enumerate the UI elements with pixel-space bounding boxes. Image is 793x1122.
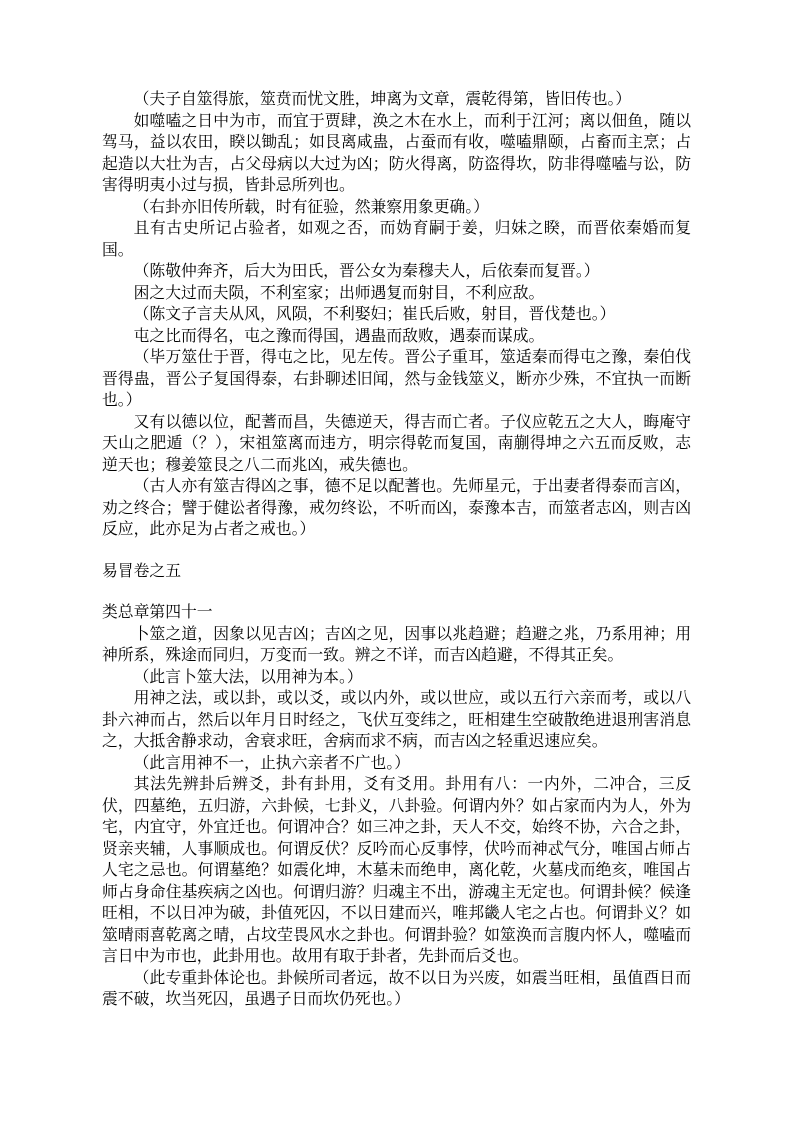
blank-line	[102, 582, 691, 602]
paragraph: 困之大过而夫陨，不利室家；出师遇复而射目，不利应敌。	[102, 283, 691, 305]
paragraph: 卜筮之道，因象以见吉凶；吉凶之见，因事以兆趋避；趋避之兆，乃系用神；用神所系，殊…	[102, 624, 691, 667]
volume-heading: 易冒卷之五	[102, 561, 691, 583]
commentary-paragraph: （此专重卦体论也。卦候所司者远，故不以日为兴废，如震当旺相，虽值酉日而震不破，坎…	[102, 968, 691, 1011]
paragraph: 又有以德以位，配蓍而昌，失德逆天，得吉而亡者。子仪应乾五之大人，晦庵守天山之肥遁…	[102, 412, 691, 477]
paragraph: 如噬嗑之日中为市，而宜于贾肆，涣之木在水上，而利于江河；离以佃鱼，随以驾马，益以…	[102, 111, 691, 197]
paragraph: 且有古史所记占验者，如观之否，而妫育嗣于姜，归妹之睽，而晋依秦婚而复国。	[102, 218, 691, 261]
commentary-paragraph: （此言卜筮大法，以用神为本。）	[102, 667, 691, 689]
paragraph: 用神之法，或以卦，或以爻，或以内外，或以世应，或以五行六亲而考，或以八卦六神而占…	[102, 688, 691, 753]
commentary-paragraph: （陈文子言夫从风，风陨，不利娶妇；崔氏后败，射目，晋伐楚也。）	[102, 304, 691, 326]
paragraph: 屯之比而得名，屯之豫而得国，遇蛊而敌败，遇泰而谋成。	[102, 326, 691, 348]
document-body: （夫子自筮得旅，筮贲而忧文胜，坤离为文章，震乾得第，皆旧传也。）如噬嗑之日中为市…	[102, 89, 691, 1011]
commentary-paragraph: （毕万筮仕于晋，得屯之比，见左传。晋公子重耳，筮适秦而得屯之豫，秦伯伐晋得蛊，晋…	[102, 347, 691, 412]
blank-line	[102, 541, 691, 561]
commentary-paragraph: （陈敬仲奔齐，后大为田氏，晋公女为秦穆夫人，后依秦而复晋。）	[102, 261, 691, 283]
commentary-paragraph: （右卦亦旧传所载，时有征验，然兼察用象更确。）	[102, 197, 691, 219]
chapter-heading: 类总章第四十一	[102, 602, 691, 624]
paragraph: 其法先辨卦后辨爻，卦有卦用，爻有爻用。卦用有八：一内外，二冲合，三反伏，四墓绝，…	[102, 774, 691, 968]
commentary-paragraph: （古人亦有筮吉得凶之事，德不足以配蓍也。先师星元，于出妻者得泰而言凶，劝之终合；…	[102, 476, 691, 541]
commentary-paragraph: （此言用神不一，止执六亲者不广也。）	[102, 753, 691, 775]
document-page: （夫子自筮得旅，筮贲而忧文胜，坤离为文章，震乾得第，皆旧传也。）如噬嗑之日中为市…	[0, 0, 793, 1122]
commentary-paragraph: （夫子自筮得旅，筮贲而忧文胜，坤离为文章，震乾得第，皆旧传也。）	[102, 89, 691, 111]
